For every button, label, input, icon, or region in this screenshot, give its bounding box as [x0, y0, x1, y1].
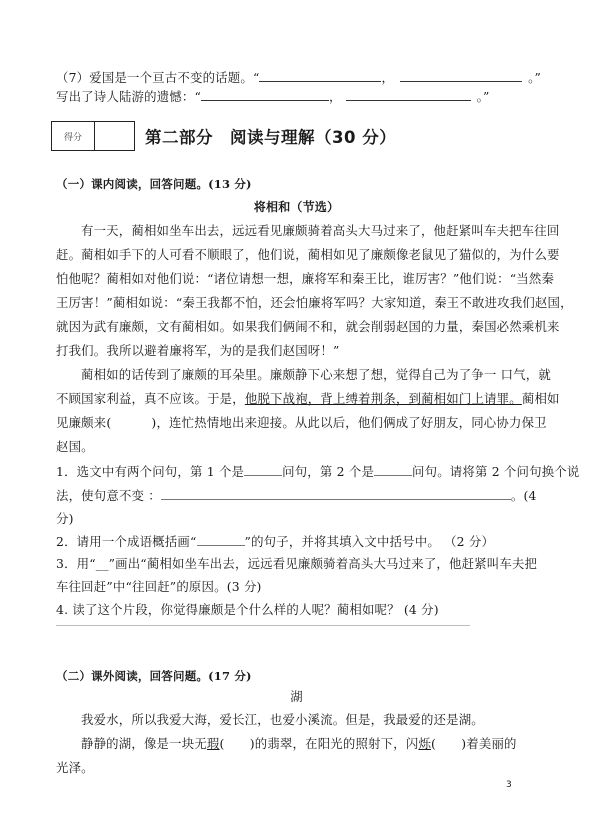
q-text: 。(4: [511, 488, 537, 503]
para-line: 赶。蔺相如手下的人可看不顺眼了，他们说，蔺相如见了廉颇像老鼠见了猫似的，为什么要: [56, 247, 547, 263]
question-1-score: 分): [56, 511, 547, 527]
para-line: 怕他呢？蔺相如对他们说：“诸位请想一想，廉将军和秦王比，谁厉害？”他们说：“当然…: [56, 271, 547, 287]
score-value-field[interactable]: [95, 122, 134, 150]
para-line: 静静的湖，像是一块无瑕( )的翡翠，在阳光的照射下，闪烁( )着美丽的: [56, 736, 547, 752]
para-line: 王厉害！”蔺相如说：“秦王我都不怕，还会怕廉将军吗？大家知道，秦王不敢进攻我们赵…: [56, 295, 547, 311]
answer-blank[interactable]: [374, 463, 412, 476]
answer-blank[interactable]: [244, 463, 282, 476]
para-text: ( )着美丽的: [431, 736, 517, 751]
para-text: 静静的湖，像是一块无: [81, 736, 207, 751]
para-line: 蔺相如的话传到了廉颇的耳朵里。廉颇静下心来想了想，觉得自己为了争一 口气，就: [56, 367, 547, 383]
passage-title: 湖: [0, 689, 593, 705]
score-box: 得分: [51, 121, 135, 151]
answer-blank[interactable]: [161, 487, 511, 500]
part-title: 第二部分 阅读与理解（30 分）: [145, 124, 396, 148]
passage-title: 将相和（节选）: [0, 199, 593, 215]
answer-line[interactable]: [56, 625, 470, 626]
q-text: 1．选文中有两个问句，第 1 个是: [56, 464, 244, 479]
para-line: 见廉颇来()，连忙热情地出来迎接。从此以后，他们俩成了好朋友，同心协力保卫: [56, 415, 547, 431]
para-line: 赵国。: [56, 439, 547, 455]
underlined-char: 瑕: [207, 736, 220, 751]
page-number: 3: [506, 780, 512, 790]
para-line: 有一天，蔺相如坐车出去，远远看见廉颇骑着高头大马过来了，他赶紧叫车夫把车往回: [56, 223, 547, 239]
question-4: 4. 读了这个片段，你觉得廉颇是个什么样的人呢？蔺相如呢？ (4 分): [56, 602, 547, 618]
para-text: ( )的翡翠，在阳光的照射下，闪: [220, 736, 419, 751]
para-line: 打我们。我所以避着廉将军，为的是我们赵国呀！”: [56, 343, 547, 359]
para-line: 就因为武有廉颇，文有蔺相如。如果我们俩闹不和，就会削弱赵国的力量，秦国必然乘机来: [56, 319, 547, 335]
comma: ，: [381, 70, 394, 85]
para-text: )，连忙热情地出来迎接。从此以后，他们俩成了好朋友，同心协力保卫: [151, 415, 546, 430]
para-line: 我爱水，所以我爱大海，爱长江，也爱小溪流。但是，我最爱的还是湖。: [56, 712, 547, 728]
q-text: 2．请用一个成语概括画“: [56, 534, 197, 549]
section1-heading: （一）课内阅读，回答问题。(13 分): [56, 176, 547, 192]
answer-blank[interactable]: [346, 88, 471, 101]
q7-suffix: 。”: [528, 70, 541, 85]
q7-text: （7）爱国是一个亘古不变的话题。“: [56, 70, 259, 85]
underlined-sentence: 他脱下战袍，背上缚着荆条，到蔺相如门上请罪。: [245, 391, 522, 406]
score-label: 得分: [52, 122, 95, 150]
q-text: 问句。请将第 2 个问句换个说: [412, 464, 579, 479]
para-text: 蔺相如: [522, 391, 560, 406]
section2-heading: （二）课外阅读，回答问题。(17 分): [56, 668, 547, 684]
question-3: 3．用“__”画出“蔺相如坐车出去，远远看见廉颇骑着高头大马过来了，他赶紧叫车夫…: [56, 556, 547, 572]
q-text: ”的句子，并将其填入文中括号中。 （2 分）: [245, 534, 495, 549]
q7-suffix: 。”: [477, 89, 490, 104]
q-text: 法，使句意不变 ：: [56, 488, 161, 503]
answer-blank[interactable]: [259, 69, 381, 82]
comma: ，: [329, 89, 342, 104]
question-2: 2．请用一个成语概括画“”的句子，并将其填入文中括号中。 （2 分）: [56, 533, 547, 550]
q7-text: 写出了诗人陆游的遗憾：“: [56, 89, 201, 104]
para-text: 不顾国家利益，真不应该。于是，: [56, 391, 245, 406]
para-line: 不顾国家利益，真不应该。于是，他脱下战袍，背上缚着荆条，到蔺相如门上请罪。蔺相如: [56, 391, 547, 407]
question-3-cont: 车往回赶”中“往回赶”的原因。(3 分): [56, 579, 547, 595]
underlined-char: 烁: [418, 736, 431, 751]
answer-blank[interactable]: [201, 88, 329, 101]
para-line: 光泽。: [56, 760, 547, 776]
question-1: 1．选文中有两个问句，第 1 个是问句，第 2 个是问句。请将第 2 个问句换个…: [56, 463, 547, 480]
para-text: 见廉颇来(: [56, 415, 111, 430]
q-text: 问句，第 2 个是: [282, 464, 374, 479]
q7-line2: 写出了诗人陆游的遗憾：“，。”: [56, 88, 547, 105]
question-1-cont: 法，使句意不变 ：。(4: [56, 487, 547, 504]
answer-blank[interactable]: [400, 69, 522, 82]
answer-blank[interactable]: [197, 533, 245, 546]
q7-line1: （7）爱国是一个亘古不变的话题。“，。”: [56, 69, 547, 86]
